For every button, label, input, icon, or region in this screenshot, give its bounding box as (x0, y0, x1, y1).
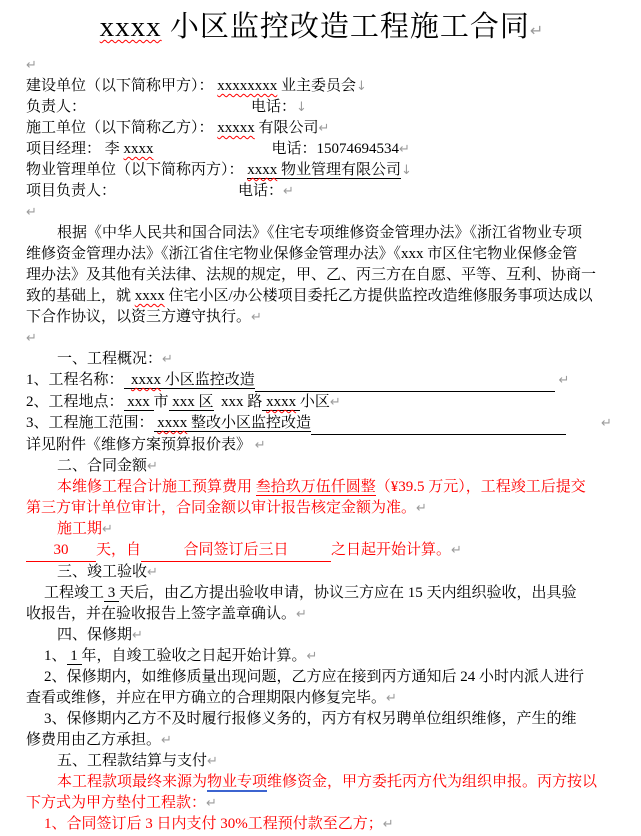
document-line: 二、合同金额↵ (26, 456, 617, 477)
text-run: 下方式为甲方垫付工程款： (26, 795, 206, 811)
text-run: xxx 路 (214, 394, 263, 410)
text-run: 项目负责人： (26, 183, 116, 199)
paragraph-mark: ↵ (26, 205, 37, 220)
paragraph-mark: ↵ (251, 310, 262, 325)
text-run: 查看或维修，并应在甲方确立的合理期限内修复完毕。 (26, 690, 386, 706)
text-run: 下合作协议，以资三方遵守执行。 (26, 309, 251, 325)
text-run: 住宅小区/办公楼项目委托乙方提供监控改造维修服务事项达成以 (165, 288, 593, 304)
text-run: 详见附件《维修方案预算报价表》 (26, 437, 251, 453)
spellcheck-underlined-text: xxxx (266, 394, 296, 411)
document-line: 施工期↵ (26, 519, 617, 540)
document-line: 下方式为甲方垫付工程款：↵ (26, 793, 617, 814)
text-run: 之日起开始计算。 (331, 542, 451, 558)
document-line: 30天，自合同签订后三日之日起开始计算。↵ (26, 540, 617, 562)
paragraph-mark: ↵ (330, 395, 341, 410)
fill-in-field: 小区监控改造 (161, 372, 255, 389)
fill-in-field: 3 (104, 585, 119, 602)
text-run: 年，自竣工验收之日起开始计算。 (82, 648, 307, 664)
text-run: 2、保修期内，如维修质量出现问题，乙方应在接到丙方通知后 24 小时内派人进行 (44, 669, 584, 685)
text-run: 收报告，并在验收报告上签字盖章确认。 (26, 606, 296, 622)
fill-in-field: 合同签订后三日 (141, 540, 331, 562)
text-run: 五、工程款结算与支付 (57, 753, 207, 769)
text-run: 电话： (251, 99, 296, 115)
text-run: 负责人： (26, 99, 86, 115)
text-run: 市 (154, 394, 169, 410)
text-run: （¥39.5 万元），工程竣工后提交 (376, 479, 586, 495)
text-run: 天，自 (96, 542, 141, 558)
text-run: 3、工程施工范围： (26, 415, 154, 431)
spellcheck-underlined-text: xxxx (247, 162, 277, 179)
text-run: 小区监控改造工程施工合同 (162, 11, 530, 43)
document-line: 1、工程名称： xxxx 小区监控改造 ↵ (26, 370, 617, 392)
paragraph-mark: ↵ (307, 649, 318, 664)
paragraph-mark: ↵ (283, 184, 294, 199)
grammar-underlined-text: 物业专项 (207, 774, 267, 792)
text-run: 本维修工程合计施工预算费用 (57, 479, 256, 495)
text-run: 一、工程概况： (57, 351, 162, 367)
document-line: 2、工程地点： xxx 市 xxx 区 xxx 路 xxxx 小区↵ (26, 392, 617, 413)
text-run: 1、合同签订后 3 日内支付 30%工程预付款至乙方； (44, 816, 383, 832)
document-line: 本维修工程合计施工预算费用 叁拾玖万伍仟圆整（¥39.5 万元），工程竣工后提交 (26, 477, 617, 498)
text-run: 致的基础上，就 (26, 288, 135, 304)
spellcheck-underlined-text: xxxx (135, 288, 165, 304)
paragraph-mark: ↵ (601, 416, 612, 431)
fill-in-field: 整改小区监控改造 (187, 415, 311, 432)
paragraph-mark: ↵ (161, 733, 172, 748)
document-line: 收报告，并在验收报告上签字盖章确认。↵ (26, 604, 617, 625)
text-run: 本工程款项最终来源为 (57, 774, 207, 790)
document-line: 第三方审计单位审计，合同金额以审计报告核定金额为准。↵ (26, 498, 617, 519)
fill-in-field: xxx (169, 394, 199, 411)
document-line: 项目负责人：电话：↵ (26, 181, 617, 202)
paragraph-mark: ↵ (559, 373, 570, 388)
linebreak-mark: ↓ (296, 100, 307, 115)
text-run: 根据《中华人民共和国合同法》《住宅专项维修资金管理办法》《浙江省物业专项 (57, 225, 582, 241)
spellcheck-underlined-text: xxxxxxxx (217, 78, 277, 94)
document-line: 物业管理单位（以下简称丙方）： xxxx 物业管理有限公司↓ (26, 160, 617, 181)
text-run: 二、合同金额 (57, 458, 147, 474)
document-line: 工程竣工 3 天后，由乙方提出验收申请，协议三方应在 15 天内组织验收，出具验 (26, 583, 617, 604)
paragraph-mark: ↵ (255, 438, 266, 453)
text-run: 2、工程地点： (26, 394, 124, 410)
spellcheck-underlined-text: xxxx (124, 141, 154, 157)
text-run: 修费用由乙方承担。 (26, 732, 161, 748)
fill-in-field: 30 (26, 540, 96, 562)
document-line: 四、保修期↵ (26, 625, 617, 646)
paragraph-mark: ↵ (451, 543, 462, 558)
text-run: 项目经理： 李 (26, 141, 124, 157)
text-run: 工程竣工 (44, 585, 104, 601)
fill-in-field: 物业管理有限公司 (277, 162, 401, 179)
text-run: 小区 (300, 394, 330, 410)
text-run: 天后，由乙方提出验收申请，协议三方应在 15 天内组织验收，出具验 (119, 585, 577, 601)
paragraph-mark: ↵ (102, 522, 113, 537)
linebreak-mark: ↓ (401, 163, 412, 178)
fill-in-field (255, 370, 555, 392)
text-run: 施工期 (57, 521, 102, 537)
paragraph-mark: ↵ (26, 331, 37, 346)
paragraph-mark: ↵ (147, 565, 158, 580)
text-run: 建设单位（以下简称甲方）： (26, 78, 217, 94)
document-line: 本工程款项最终来源为物业专项维修资金，甲方委托丙方代为组织申报。丙方按以 (26, 772, 617, 793)
paragraph-mark: ↵ (26, 58, 37, 73)
spellcheck-underlined-text: xxxx (131, 372, 161, 389)
document-line: 1、合同签订后 3 日内支付 30%工程预付款至乙方；↵ (26, 814, 617, 835)
document-line: 根据《中华人民共和国合同法》《住宅专项维修资金管理办法》《浙江省物业专项 (26, 223, 617, 244)
document-line: 致的基础上，就 xxxx 住宅小区/办公楼项目委托乙方提供监控改造维修服务事项达… (26, 286, 617, 307)
paragraph-mark: ↵ (207, 754, 218, 769)
paragraph-mark: ↵ (162, 352, 173, 367)
paragraph-mark: ↵ (386, 691, 397, 706)
document-line: ↵ (26, 55, 617, 76)
paragraph-mark: ↵ (416, 501, 427, 516)
spellcheck-underlined-text: xxxx (157, 415, 187, 432)
linebreak-mark: ↓ (356, 79, 367, 94)
document-title: xxxx 小区监控改造工程施工合同↵ (26, 6, 617, 52)
document-line: 维修资金管理办法》《浙江省住宅物业保修金管理办法》《xxx 市区住宅物业保修金管 (26, 244, 617, 265)
document-line: 理办法》及其他有关法律、法规的规定，甲、乙、丙三方在自愿、平等、互利、协商一 (26, 265, 617, 286)
text-run: 1、 (44, 648, 67, 664)
fill-in-field: 1 (67, 648, 82, 665)
document-line: 施工单位（以下简称乙方）： xxxxx 有限公司↵ (26, 118, 617, 139)
document-line: 1、 1 年，自竣工验收之日起开始计算。↵ (26, 646, 617, 667)
text-run: 三、竣工验收 (57, 564, 147, 580)
text-run: 第三方审计单位审计，合同金额以审计报告核定金额为准。 (26, 500, 416, 516)
document-line: 负责人：电话：↓ (26, 97, 617, 118)
document-line: 2、保修期内，如维修质量出现问题，乙方应在接到丙方通知后 24 小时内派人进行 (26, 667, 617, 688)
document-line: 下合作协议，以资三方遵守执行。↵ (26, 307, 617, 328)
document-line: 建设单位（以下简称甲方）： xxxxxxxx 业主委员会↓ (26, 76, 617, 97)
paragraph-mark: ↵ (132, 628, 143, 643)
text-run: 电话： (238, 183, 283, 199)
paragraph-mark: ↵ (296, 607, 307, 622)
document-line: 3、工程施工范围： xxxx 整改小区监控改造 ↵ (26, 413, 617, 435)
text-run: 有限公司 (255, 120, 319, 136)
text-run: 业主委员会 (277, 78, 356, 94)
fill-in-field: 叁拾玖万伍仟圆整 (256, 479, 376, 496)
text-run: 物业管理单位（以下简称丙方）： (26, 162, 247, 178)
paragraph-mark: ↵ (319, 121, 330, 136)
text-run: 施工单位（以下简称乙方）： (26, 120, 217, 136)
text-run: 3、保修期内乙方不及时履行报修义务的，丙方有权另聘单位组织维修，产生的维 (44, 711, 577, 727)
document-line: ↵ (26, 328, 617, 349)
fill-in-field (311, 413, 566, 435)
contract-document: xxxx 小区监控改造工程施工合同↵↵建设单位（以下简称甲方）： xxxxxxx… (0, 0, 641, 836)
paragraph-mark: ↵ (206, 796, 217, 811)
document-line: 项目经理： 李 xxxx电话：15074694534↵ (26, 139, 617, 160)
document-line: 五、工程款结算与支付↵ (26, 751, 617, 772)
document-line: 修费用由乙方承担。↵ (26, 730, 617, 751)
text-run: 四、保修期 (57, 627, 132, 643)
document-line: 一、工程概况：↵ (26, 349, 617, 370)
paragraph-mark: ↵ (399, 142, 410, 157)
paragraph-mark: ↵ (383, 817, 394, 832)
spellcheck-underlined-text: xxxxx (217, 120, 255, 136)
text-run: 维修资金，甲方委托丙方代为组织申报。丙方按以 (267, 774, 597, 790)
document-line: ↵ (26, 202, 617, 223)
document-line: 查看或维修，并应在甲方确立的合理期限内修复完毕。↵ (26, 688, 617, 709)
text-run: 理办法》及其他有关法律、法规的规定，甲、乙、丙三方在自愿、平等、互利、协商一 (26, 267, 596, 283)
spellcheck-underlined-text: xxxx (100, 11, 162, 43)
fill-in-field (124, 372, 132, 389)
fill-in-field: xxx (124, 394, 154, 411)
fill-in-field: 区 (199, 394, 214, 411)
text-run: 电话：15074694534 (272, 141, 400, 157)
text-run: 1、工程名称： (26, 372, 124, 388)
document-line: 三、竣工验收↵ (26, 562, 617, 583)
document-line: 详见附件《维修方案预算报价表》 ↵ (26, 435, 617, 456)
paragraph-mark: ↵ (530, 21, 543, 40)
paragraph-mark: ↵ (147, 459, 158, 474)
document-line: 3、保修期内乙方不及时履行报修义务的，丙方有权另聘单位组织维修，产生的维 (26, 709, 617, 730)
text-run: 维修资金管理办法》《浙江省住宅物业保修金管理办法》《xxx 市区住宅物业保修金管 (26, 246, 577, 262)
